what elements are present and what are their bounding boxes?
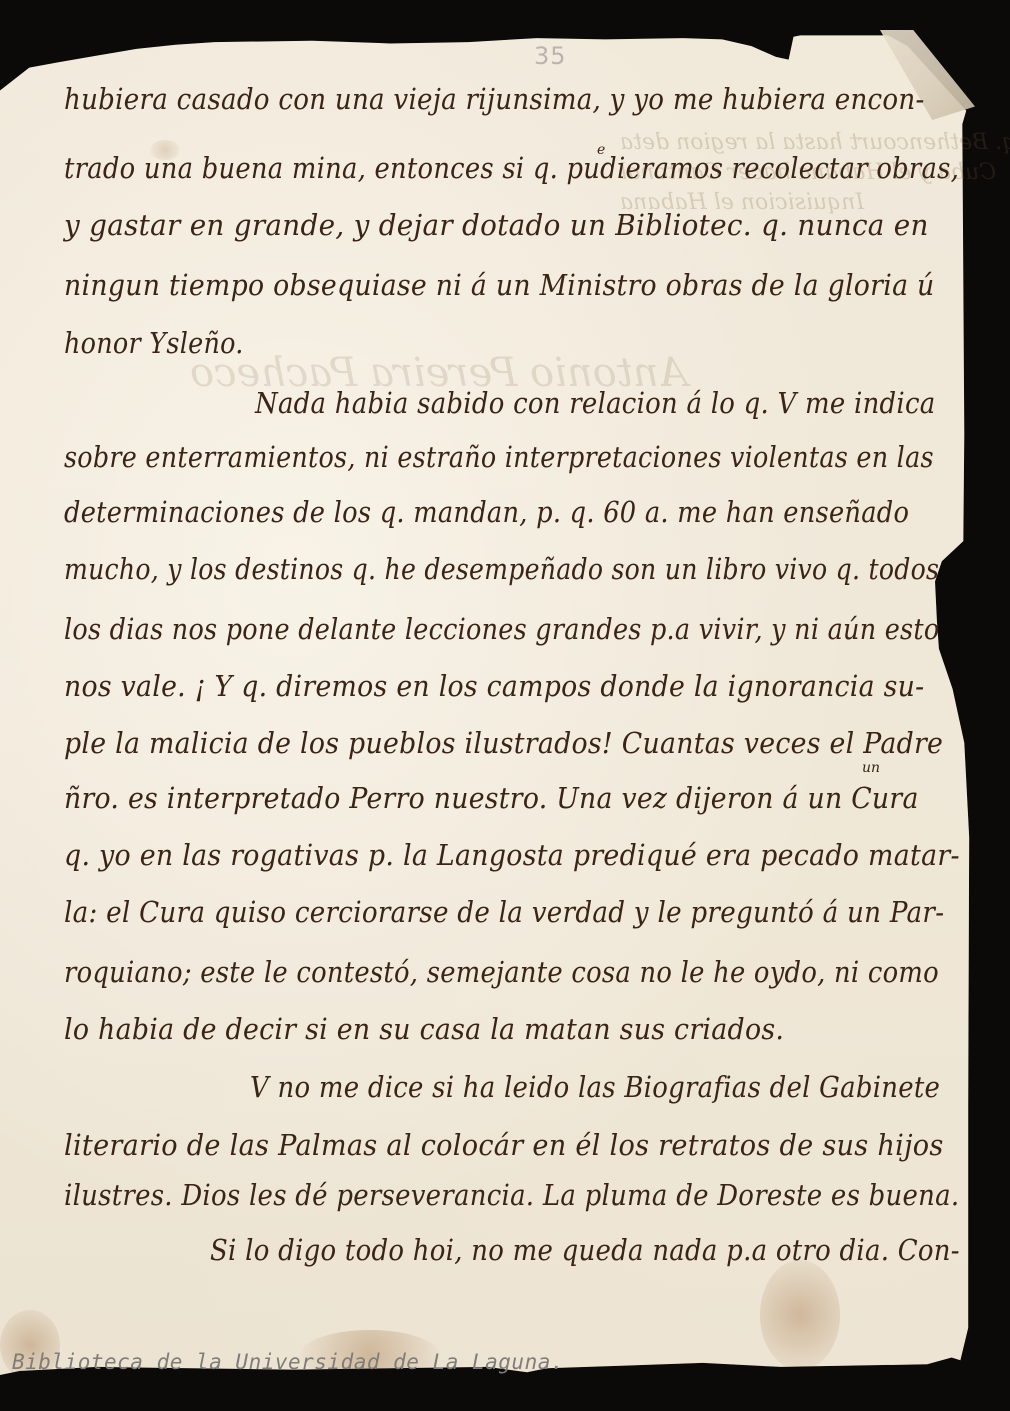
text-line: ple la malicia de los pueblos ilustrados… [64,726,943,760]
text-line: los dias nos pone delante lecciones gran… [64,612,939,646]
interlinear-addition: un [862,760,880,776]
text-line-paragraph-start: V no me dice si ha leido las Biografias … [250,1070,940,1104]
text-line-paragraph-start: Nada habia sabido con relacion á lo q. V… [255,386,936,420]
text-line: ilustres. Dios les dé perseverancia. La … [64,1178,959,1212]
text-line: hubiera casado con una vieja rijunsima, … [64,82,925,116]
text-line: determinaciones de los q. mandan, p. q. … [64,495,909,529]
text-line: mucho, y los destinos q. he desempeñado … [64,552,939,586]
text-line: lo habia de decir si en su casa la matan… [64,1012,784,1046]
text-line: la: el Cura quiso cerciorarse de la verd… [64,895,944,929]
text-line: trado una buena mina, entonces si q. pud… [64,151,959,185]
text-line: ñro. es interpretado Perro nuestro. Una … [64,781,919,815]
text-line: y gastar en grande, y dejar dotado un Bi… [64,208,929,242]
library-watermark: Biblioteca de la Universidad de La Lagun… [12,1350,564,1374]
letter-body: hubiera casado con una vieja rijunsima, … [0,0,1010,1411]
text-line: sobre enterramientos, ni estraño interpr… [64,440,934,474]
text-line: literario de las Palmas al colocár en él… [64,1128,944,1162]
text-line-paragraph-start: Si lo digo todo hoi, no me queda nada p.… [210,1233,960,1267]
text-line: ningun tiempo obsequiase ni á un Ministr… [64,268,935,302]
text-line: nos vale. ¡ Y q. diremos en los campos d… [64,669,924,703]
text-line: honor Ysleño. [64,326,244,360]
text-line: roquiano; este le contestó, semejante co… [64,955,939,989]
text-line: q. yo en las rogativas p. la Langosta pr… [64,838,960,872]
